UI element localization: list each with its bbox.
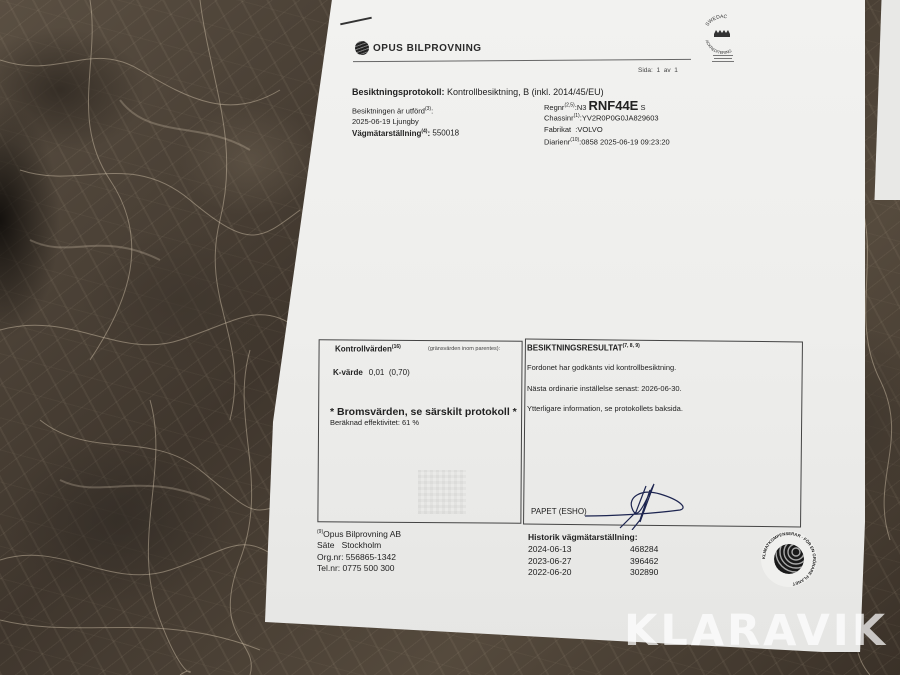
brake-efficiency: Beräknad effektivitet: 61 % [330, 418, 419, 427]
inspection-performed: Besiktningen är utförd(3): 2025-06-19 Lj… [352, 104, 433, 127]
result-more-info: Ytterligare information, se protokollets… [527, 404, 683, 413]
klaravik-watermark: KLARAVIK [624, 606, 888, 656]
result-next-inspection: Nästa ordinarie inställelse senast: 2026… [527, 384, 682, 393]
header-divider [353, 59, 691, 62]
opus-globe-icon [355, 41, 369, 55]
odometer-history-heading: Historik vägmätarställning: [528, 532, 638, 542]
climate-compensation-badge-icon: KLIMATKOMPENSERAR · FÖR EN GRÖNARE PLANE… [760, 530, 818, 588]
chassis-row: Chassinr(1):YV2R0P0G0JA829603 [544, 111, 670, 124]
control-values-heading: Kontrollvärden(16) [335, 344, 401, 354]
svg-text:ACKREDITERING: ACKREDITERING [705, 39, 733, 55]
odometer-reading: Vägmätarställning(4): 550018 [352, 128, 459, 138]
make-row: Fabrikat :VOLVO [544, 124, 670, 135]
inspector-name: PAPET (ESHO) [531, 507, 587, 516]
history-row: 2024-06-13468284 [528, 544, 658, 556]
logo-text: OPUS BILPROVNING [373, 43, 482, 54]
odometer-history: 2024-06-13468284 2023-06-27396462 2022-0… [528, 544, 658, 579]
brake-values-heading: * Bromsvärden, se särskilt protokoll * [330, 406, 517, 418]
limit-values-note: (gränsvärden inom parentes): [428, 346, 500, 352]
inspection-result-heading: BESIKTNINGSRESULTAT(7, 8, 9) [527, 343, 640, 353]
page-indicator: Sida: 1 av 1 [638, 67, 678, 74]
history-row: 2023-06-27396462 [528, 556, 658, 568]
opus-logo: OPUS BILPROVNING [355, 41, 482, 55]
vehicle-details: Regnr(2,5):N3 RNF44E S Chassinr(1):YV2R0… [544, 100, 670, 147]
swedac-accreditation-seal-icon: SWEDAC ACKREDITERING [697, 14, 749, 64]
history-row: 2022-06-20302890 [528, 567, 658, 579]
protocol-title: Besiktningsprotokoll: Kontrollbesiktning… [352, 87, 604, 97]
pen-mark [340, 17, 372, 26]
k-value-row: K-värde0,01 (0,70) [333, 368, 410, 377]
faded-qr-code [418, 470, 466, 514]
signature-icon [580, 480, 690, 530]
result-approved: Fordonet har godkänts vid kontrollbesikt… [527, 363, 676, 372]
company-info: (9)Opus Bilprovning AB Säte Stockholm Or… [317, 527, 401, 575]
inspection-protocol: OPUS BILPROVNING SWEDAC ACKREDITERING Si… [0, 0, 900, 675]
svg-text:SWEDAC: SWEDAC [705, 14, 728, 28]
diary-row: Diarienr(10):0858 2025-06-19 09:23:20 [544, 135, 670, 148]
